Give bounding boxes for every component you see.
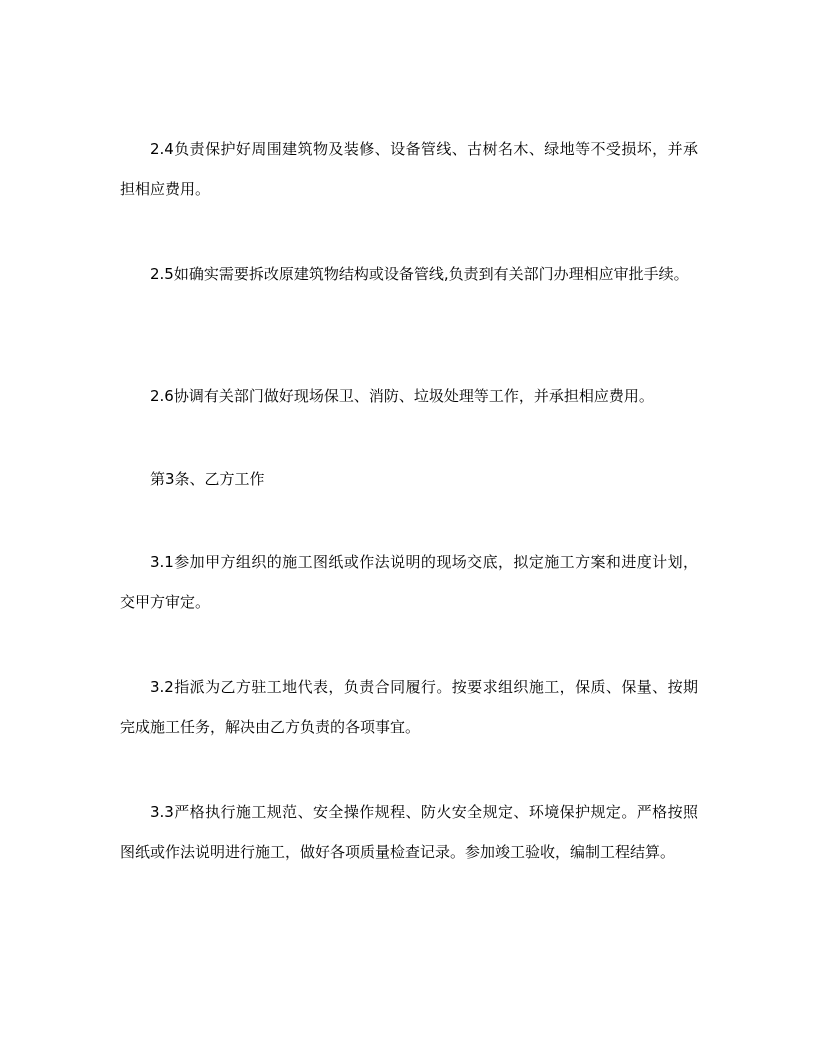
document-page: 2.4负责保护好周围建筑物及装修、设备管线、古树名木、绿地等不受损坏，并承担相应… bbox=[0, 0, 816, 1056]
paragraph-2-5: 2.5如确实需要拆改原建筑物结构或设备管线,负责到有关部门办理相应审批手续。 bbox=[120, 254, 698, 294]
paragraph-2-6: 2.6协调有关部门做好现场保卫、消防、垃圾处理等工作，并承担相应费用。 bbox=[120, 376, 698, 416]
section-heading-article-3: 第3条、乙方工作 bbox=[150, 459, 265, 499]
paragraph-3-1: 3.1参加甲方组织的施工图纸或作法说明的现场交底，拟定施工方案和进度计划，交甲方… bbox=[120, 542, 698, 622]
paragraph-3-3: 3.3严格执行施工规范、安全操作规程、防火安全规定、环境保护规定。严格按照图纸或… bbox=[120, 792, 698, 872]
paragraph-2-4: 2.4负责保护好周围建筑物及装修、设备管线、古树名木、绿地等不受损坏，并承担相应… bbox=[120, 129, 698, 209]
paragraph-3-2: 3.2指派为乙方驻工地代表，负责合同履行。按要求组织施工，保质、保量、按期完成施… bbox=[120, 667, 698, 747]
